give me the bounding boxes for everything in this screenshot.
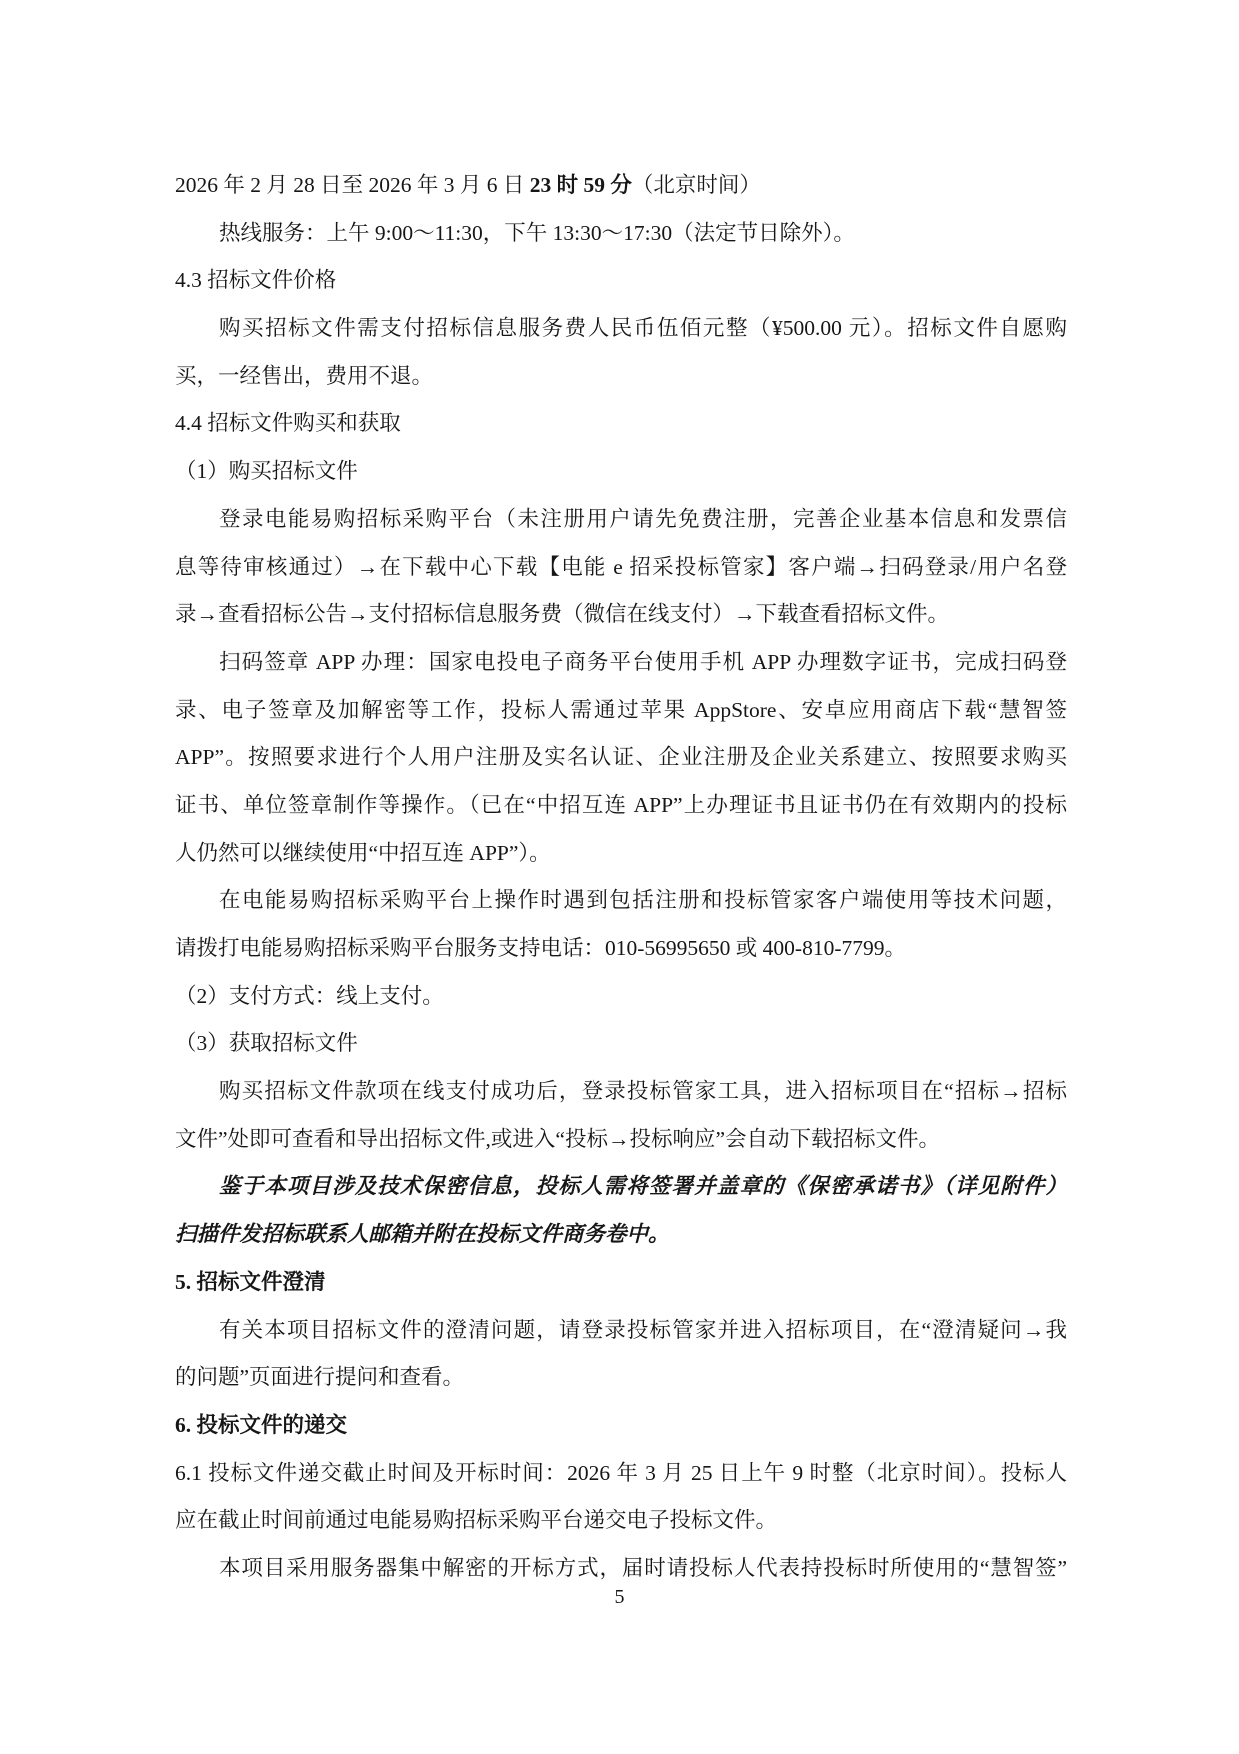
text-run: 息等待审核通过）→在下载中心下载【电能 e 招采投标管家】客户端→扫码登录/用户… (175, 555, 1067, 579)
text-run: 本项目采用服务器集中解密的开标方式，届时请投标人代表持投标时所使用的“慧智签” (219, 1556, 1067, 1580)
text-line: 证书、单位签章制作等操作。（已在“中招互连 APP”上办理证书且证书仍在有效期内… (175, 782, 1067, 830)
text-line: 6. 投标文件的递交 (175, 1402, 1067, 1450)
text-line: （3）获取招标文件 (175, 1020, 1067, 1068)
text-run: 应在截止时间前通过电能易购招标采购平台递交电子投标文件。 (175, 1508, 777, 1532)
text-run: 6.1 投标文件递交截止时间及开标时间：2026 年 3 月 25 日上午 9 … (175, 1461, 1067, 1485)
text-line: APP”。按照要求进行个人用户注册及实名认证、企业注册及企业关系建立、按照要求购… (175, 734, 1067, 782)
text-run: （1）购买招标文件 (175, 459, 358, 483)
text-line: 热线服务：上午 9:00～11:30，下午 13:30～17:30（法定节日除外… (175, 210, 1067, 258)
text-run: 热线服务：上午 9:00～11:30，下午 13:30～17:30（法定节日除外… (219, 221, 855, 245)
text-line: 人仍然可以继续使用“中招互连 APP”）。 (175, 830, 1067, 878)
text-line: 请拨打电能易购招标采购平台服务支持电话：010-56995650 或 400-8… (175, 925, 1067, 973)
text-line: 买，一经售出，费用不退。 (175, 353, 1067, 401)
text-line: 购买招标文件需支付招标信息服务费人民币伍佰元整（¥500.00 元）。招标文件自… (175, 305, 1067, 353)
text-line: 购买招标文件款项在线支付成功后，登录投标管家工具，进入招标项目在“招标→招标 (175, 1068, 1067, 1116)
text-run: 录→查看招标公告→支付招标信息服务费（微信在线支付）→下载查看招标文件。 (175, 602, 949, 626)
text-line: 扫描件发招标联系人邮箱并附在投标文件商务卷中。 (175, 1211, 1067, 1259)
text-run: 有关本项目招标文件的澄清问题，请登录投标管家并进入招标项目，在“澄清疑问→我 (219, 1318, 1067, 1342)
text-run: 购买招标文件款项在线支付成功后，登录投标管家工具，进入招标项目在“招标→招标 (219, 1079, 1067, 1103)
text-run: APP”。按照要求进行个人用户注册及实名认证、企业注册及企业关系建立、按照要求购… (175, 745, 1067, 769)
text-run: 6. 投标文件的递交 (175, 1413, 347, 1437)
text-run: 4.3 招标文件价格 (175, 268, 336, 292)
text-run: 登录电能易购招标采购平台（未注册用户请先免费注册，完善企业基本信息和发票信 (219, 507, 1067, 531)
text-line: 文件”处即可查看和导出招标文件,或进入“投标→投标响应”会自动下载招标文件。 (175, 1116, 1067, 1164)
text-run: 4.4 招标文件购买和获取 (175, 411, 401, 435)
document-page: 2026 年 2 月 28 日至 2026 年 3 月 6 日 23 时 59 … (0, 0, 1239, 1754)
text-run: 文件”处即可查看和导出招标文件,或进入“投标→投标响应”会自动下载招标文件。 (175, 1127, 940, 1151)
text-line: 2026 年 2 月 28 日至 2026 年 3 月 6 日 23 时 59 … (175, 162, 1067, 210)
text-line: 登录电能易购招标采购平台（未注册用户请先免费注册，完善企业基本信息和发票信 (175, 496, 1067, 544)
text-run: 扫描件发招标联系人邮箱并附在投标文件商务卷中。 (175, 1222, 670, 1246)
text-line: 鉴于本项目涉及技术保密信息，投标人需将签署并盖章的《保密承诺书》（详见附件） (175, 1163, 1067, 1211)
text-line: 的问题”页面进行提问和查看。 (175, 1354, 1067, 1402)
text-run: 人仍然可以继续使用“中招互连 APP”）。 (175, 841, 551, 865)
text-run: 买，一经售出，费用不退。 (175, 364, 433, 388)
text-line: （2）支付方式：线上支付。 (175, 973, 1067, 1021)
text-line: 6.1 投标文件递交截止时间及开标时间：2026 年 3 月 25 日上午 9 … (175, 1450, 1067, 1498)
text-line: 4.4 招标文件购买和获取 (175, 400, 1067, 448)
text-line: 在电能易购招标采购平台上操作时遇到包括注册和投标管家客户端使用等技术问题， (175, 877, 1067, 925)
text-line: 4.3 招标文件价格 (175, 257, 1067, 305)
text-run: 证书、单位签章制作等操作。（已在“中招互连 APP”上办理证书且证书仍在有效期内… (175, 793, 1067, 817)
text-line: 5. 招标文件澄清 (175, 1259, 1067, 1307)
text-run: （2）支付方式：线上支付。 (175, 984, 444, 1008)
text-run: 5. 招标文件澄清 (175, 1270, 326, 1294)
text-run: 2026 年 2 月 28 日至 2026 年 3 月 6 日 (175, 173, 530, 197)
text-run: （北京时间） (632, 173, 761, 197)
text-run: 鉴于本项目涉及技术保密信息，投标人需将签署并盖章的《保密承诺书》（详见附件） (219, 1174, 1067, 1198)
page-number: 5 (0, 1586, 1239, 1609)
text-run: （3）获取招标文件 (175, 1031, 358, 1055)
text-line: 录→查看招标公告→支付招标信息服务费（微信在线支付）→下载查看招标文件。 (175, 591, 1067, 639)
text-line: 息等待审核通过）→在下载中心下载【电能 e 招采投标管家】客户端→扫码登录/用户… (175, 544, 1067, 592)
text-run: 23 时 59 分 (530, 173, 632, 197)
document-body: 2026 年 2 月 28 日至 2026 年 3 月 6 日 23 时 59 … (175, 162, 1067, 1593)
text-run: 在电能易购招标采购平台上操作时遇到包括注册和投标管家客户端使用等技术问题， (219, 888, 1067, 912)
text-run: 请拨打电能易购招标采购平台服务支持电话：010-56995650 或 400-8… (175, 936, 906, 960)
text-line: 有关本项目招标文件的澄清问题，请登录投标管家并进入招标项目，在“澄清疑问→我 (175, 1307, 1067, 1355)
text-line: 录、电子签章及加解密等工作，投标人需通过苹果 AppStore、安卓应用商店下载… (175, 687, 1067, 735)
text-run: 录、电子签章及加解密等工作，投标人需通过苹果 AppStore、安卓应用商店下载… (175, 698, 1067, 722)
text-run: 扫码签章 APP 办理：国家电投电子商务平台使用手机 APP 办理数字证书，完成… (219, 650, 1067, 674)
text-run: 购买招标文件需支付招标信息服务费人民币伍佰元整（¥500.00 元）。招标文件自… (219, 316, 1067, 340)
text-line: 应在截止时间前通过电能易购招标采购平台递交电子投标文件。 (175, 1497, 1067, 1545)
text-line: 扫码签章 APP 办理：国家电投电子商务平台使用手机 APP 办理数字证书，完成… (175, 639, 1067, 687)
text-run: 的问题”页面进行提问和查看。 (175, 1365, 464, 1389)
text-line: （1）购买招标文件 (175, 448, 1067, 496)
